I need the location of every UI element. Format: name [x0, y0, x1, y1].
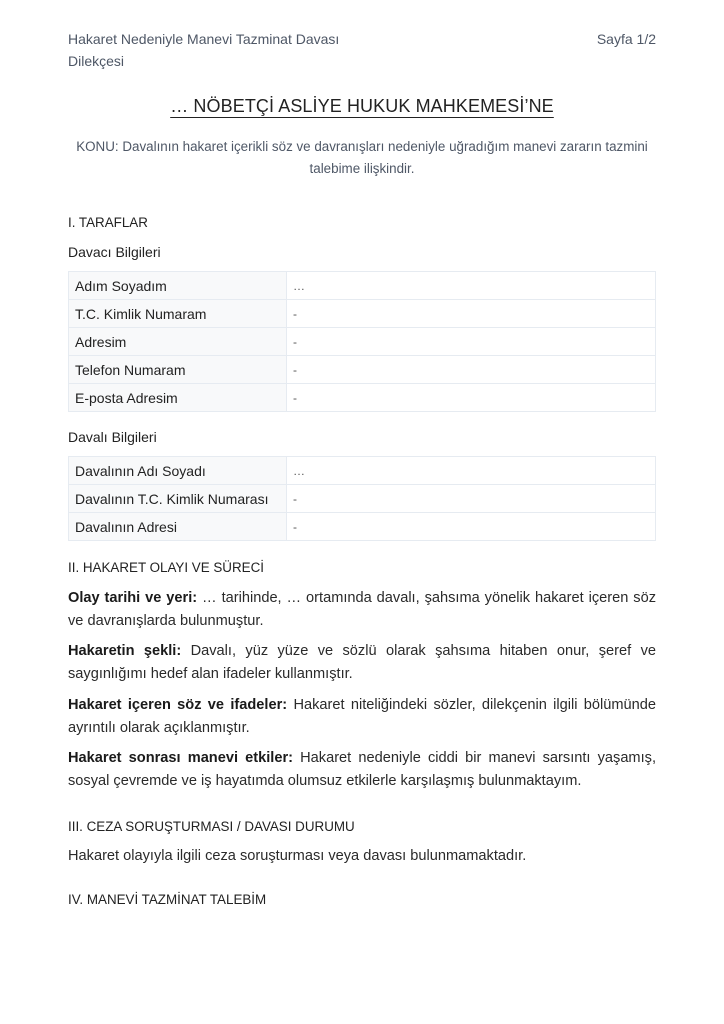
field-label: T.C. Kimlik Numaram — [69, 300, 287, 328]
field-label: Davalının T.C. Kimlik Numarası — [69, 485, 287, 513]
court-name: … NÖBETÇİ ASLİYE HUKUK MAHKEMESİ’NE — [170, 96, 554, 116]
page-indicator: Sayfa 1/2 — [597, 28, 656, 50]
field-label: Adım Soyadım — [69, 272, 287, 300]
subject-line: KONU: Davalının hakaret içerikli söz ve … — [68, 136, 656, 180]
table-row: E-posta Adresim- — [69, 384, 656, 412]
field-label: Davalının Adresi — [69, 513, 287, 541]
table-row: T.C. Kimlik Numaram- — [69, 300, 656, 328]
plaintiff-info-title: Davacı Bilgileri — [68, 244, 161, 260]
section-incident-title: II. HAKARET OLAYI VE SÜRECİ — [68, 560, 264, 575]
section-parties-title: I. TARAFLAR — [68, 215, 148, 230]
field-value: - — [287, 384, 656, 412]
table-row: Davalının Adı Soyadı… — [69, 457, 656, 485]
field-value: - — [287, 513, 656, 541]
table-row: Davalının T.C. Kimlik Numarası- — [69, 485, 656, 513]
field-label: Davalının Adı Soyadı — [69, 457, 287, 485]
table-row: Telefon Numaram- — [69, 356, 656, 384]
page-header: Hakaret Nedeniyle Manevi Tazminat Davası… — [68, 28, 656, 76]
incident-paragraph: Olay tarihi ve yeri: … tarihinde, … orta… — [68, 587, 656, 633]
table-row: Davalının Adresi- — [69, 513, 656, 541]
plaintiff-info-table: Adım Soyadım…T.C. Kimlik Numaram-Adresim… — [68, 271, 656, 412]
incident-paragraph: Hakaret sonrası manevi etkiler: Hakaret … — [68, 747, 656, 793]
incident-label: Hakaret içeren söz ve ifadeler: — [68, 697, 287, 713]
incident-label: Olay tarihi ve yeri: — [68, 590, 197, 606]
defendant-info-title: Davalı Bilgileri — [68, 429, 157, 445]
document-title: Hakaret Nedeniyle Manevi Tazminat Davası… — [68, 28, 368, 72]
table-row: Adresim- — [69, 328, 656, 356]
incident-label: Hakaret sonrası manevi etkiler: — [68, 750, 293, 766]
field-value: - — [287, 485, 656, 513]
field-value: - — [287, 300, 656, 328]
field-value: - — [287, 356, 656, 384]
field-label: Telefon Numaram — [69, 356, 287, 384]
field-value: … — [287, 272, 656, 300]
criminal-status-text: Hakaret olayıyla ilgili ceza soruşturmas… — [68, 848, 656, 864]
field-label: Adresim — [69, 328, 287, 356]
section-claim-title: IV. MANEVİ TAZMİNAT TALEBİM — [68, 892, 266, 907]
defendant-info-table: Davalının Adı Soyadı…Davalının T.C. Kiml… — [68, 456, 656, 541]
incident-label: Hakaretin şekli: — [68, 643, 181, 659]
incident-paragraph: Hakaret içeren söz ve ifadeler: Hakaret … — [68, 694, 656, 740]
field-value: - — [287, 328, 656, 356]
court-heading: … NÖBETÇİ ASLİYE HUKUK MAHKEMESİ’NE — [0, 96, 724, 117]
field-label: E-posta Adresim — [69, 384, 287, 412]
incident-paragraph: Hakaretin şekli: Davalı, yüz yüze ve söz… — [68, 640, 656, 686]
section-criminal-title: III. CEZA SORUŞTURMASI / DAVASI DURUMU — [68, 819, 355, 834]
table-row: Adım Soyadım… — [69, 272, 656, 300]
field-value: … — [287, 457, 656, 485]
